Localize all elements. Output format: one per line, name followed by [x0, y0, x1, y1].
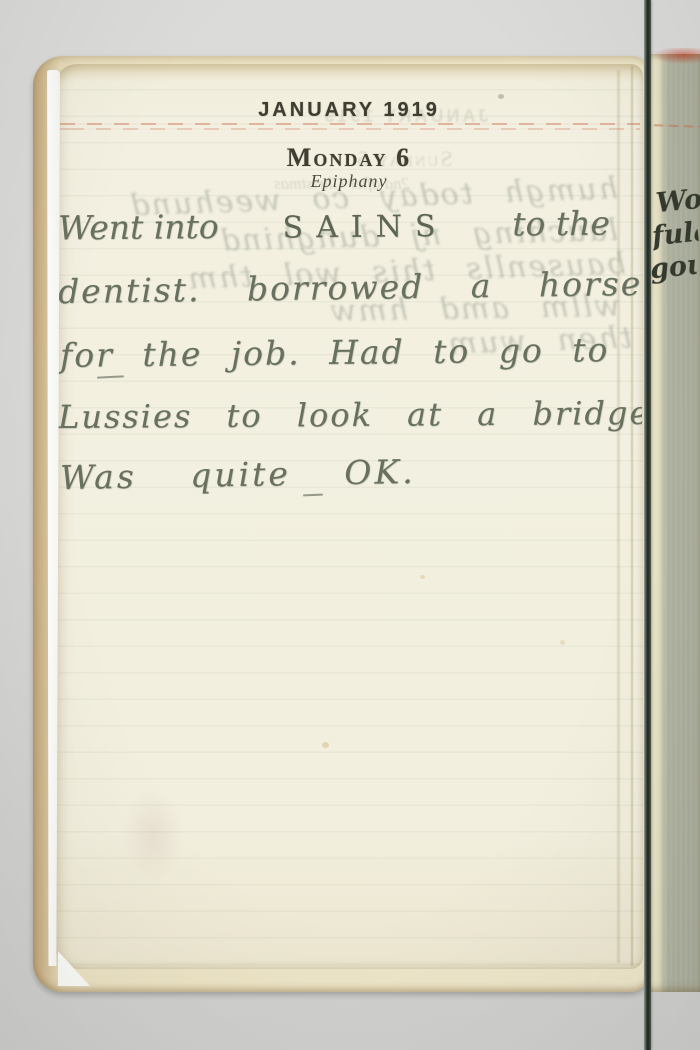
- diary-photo-scene: JANUARY 1919 Monday 6 Epiphany JANUARY 1…: [0, 0, 700, 1050]
- handwriting-line: for the job. Had to go to: [60, 330, 610, 375]
- printed-festival: Epiphany: [55, 171, 643, 192]
- bookmark-ribbon: [644, 0, 651, 1050]
- page-crease: [631, 66, 633, 966]
- handwriting-word: to the: [512, 204, 610, 244]
- handwriting-line: Lussies to look at a bridge.: [58, 394, 642, 436]
- facing-page-handwriting: Woi: [655, 184, 700, 220]
- red-rule-line: [60, 128, 640, 130]
- handwriting-line: Went into SAINS to the: [58, 204, 610, 248]
- handwriting-line: dentist. borrowed a horse: [58, 264, 643, 311]
- facing-page-handwriting: gou: [649, 250, 698, 286]
- handwriting-word: Went into: [58, 207, 219, 247]
- printed-day-heading: Monday 6: [55, 143, 643, 173]
- red-rule-line: [60, 123, 640, 125]
- handwriting-line: Was quite OK.: [60, 452, 416, 497]
- printed-month-year: JANUARY 1919: [55, 99, 643, 122]
- page-crease: [617, 70, 620, 963]
- handwriting-place-name: SAINS: [282, 209, 448, 245]
- facing-page-handwriting: fula: [651, 217, 700, 253]
- facing-page-red-edge-stain: [653, 48, 700, 64]
- diary-page: [55, 64, 643, 969]
